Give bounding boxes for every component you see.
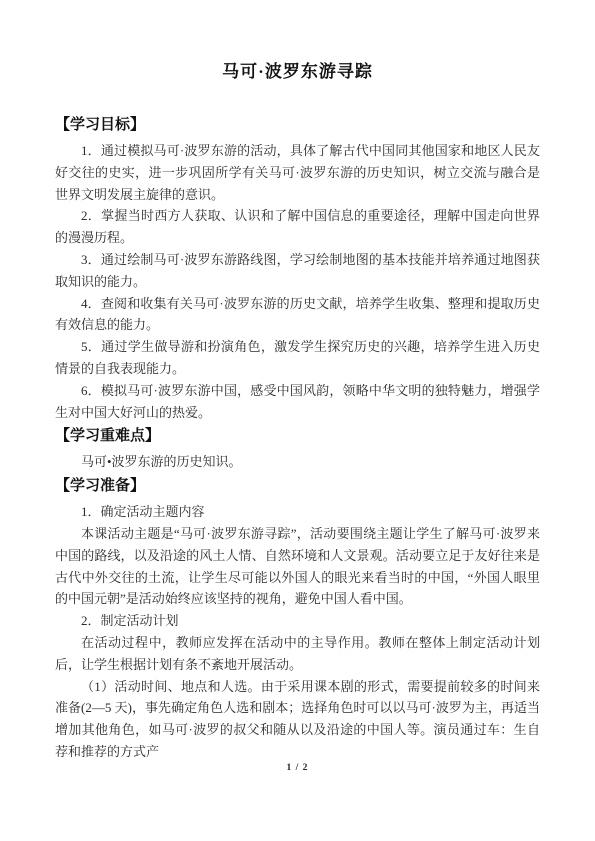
paragraph: 6．模拟马可·波罗东游中国，感受中国风韵，领略中华文明的独特魅力，增强学生对中国… <box>55 380 540 424</box>
section-heading-key-points: 【学习重难点】 <box>55 425 540 447</box>
paragraph: 马可•波罗东游的历史知识。 <box>55 451 540 473</box>
paragraph: 2．掌握当时西方人获取、认识和了解中国信息的重要途径，理解中国走向世界的漫漫历程… <box>55 205 540 249</box>
paragraph: 1．通过模拟马可·波罗东游的活动，具体了解古代中国同其他国家和地区人民友好交往的… <box>55 140 540 205</box>
page-number: 1 / 2 <box>0 763 595 773</box>
document-page: 马可·波罗东游寻踪 【学习目标】 1．通过模拟马可·波罗东游的活动，具体了解古代… <box>0 0 595 841</box>
document-title: 马可·波罗东游寻踪 <box>55 60 540 84</box>
paragraph: 本课活动主题是“马可·波罗东游寻踪”，活动要围绕主题让学生了解马可·波罗来中国的… <box>55 523 540 610</box>
paragraph: 5．通过学生做导游和扮演角色，激发学生探究历史的兴趣，培养学生进入历史情景的自我… <box>55 336 540 380</box>
paragraph: （1）活动时间、地点和人选。由于采用课本剧的形式，需要提前较多的时间来准备(2—… <box>55 676 540 763</box>
paragraph: 2．制定活动计划 <box>55 610 540 632</box>
paragraph: 在活动过程中，教师应发挥在活动中的主导作用。教师在整体上制定活动计划后，让学生根… <box>55 632 540 676</box>
section-heading-preparation: 【学习准备】 <box>55 475 540 497</box>
section-heading-learning-objectives: 【学习目标】 <box>55 114 540 136</box>
paragraph: 1．确定活动主题内容 <box>55 501 540 523</box>
paragraph: 3．通过绘制马可·波罗东游路线图，学习绘制地图的基本技能并培养通过地图获取知识的… <box>55 249 540 293</box>
paragraph: 4．查阅和收集有关马可·波罗东游的历史文献，培养学生收集、整理和提取历史有效信息… <box>55 293 540 337</box>
